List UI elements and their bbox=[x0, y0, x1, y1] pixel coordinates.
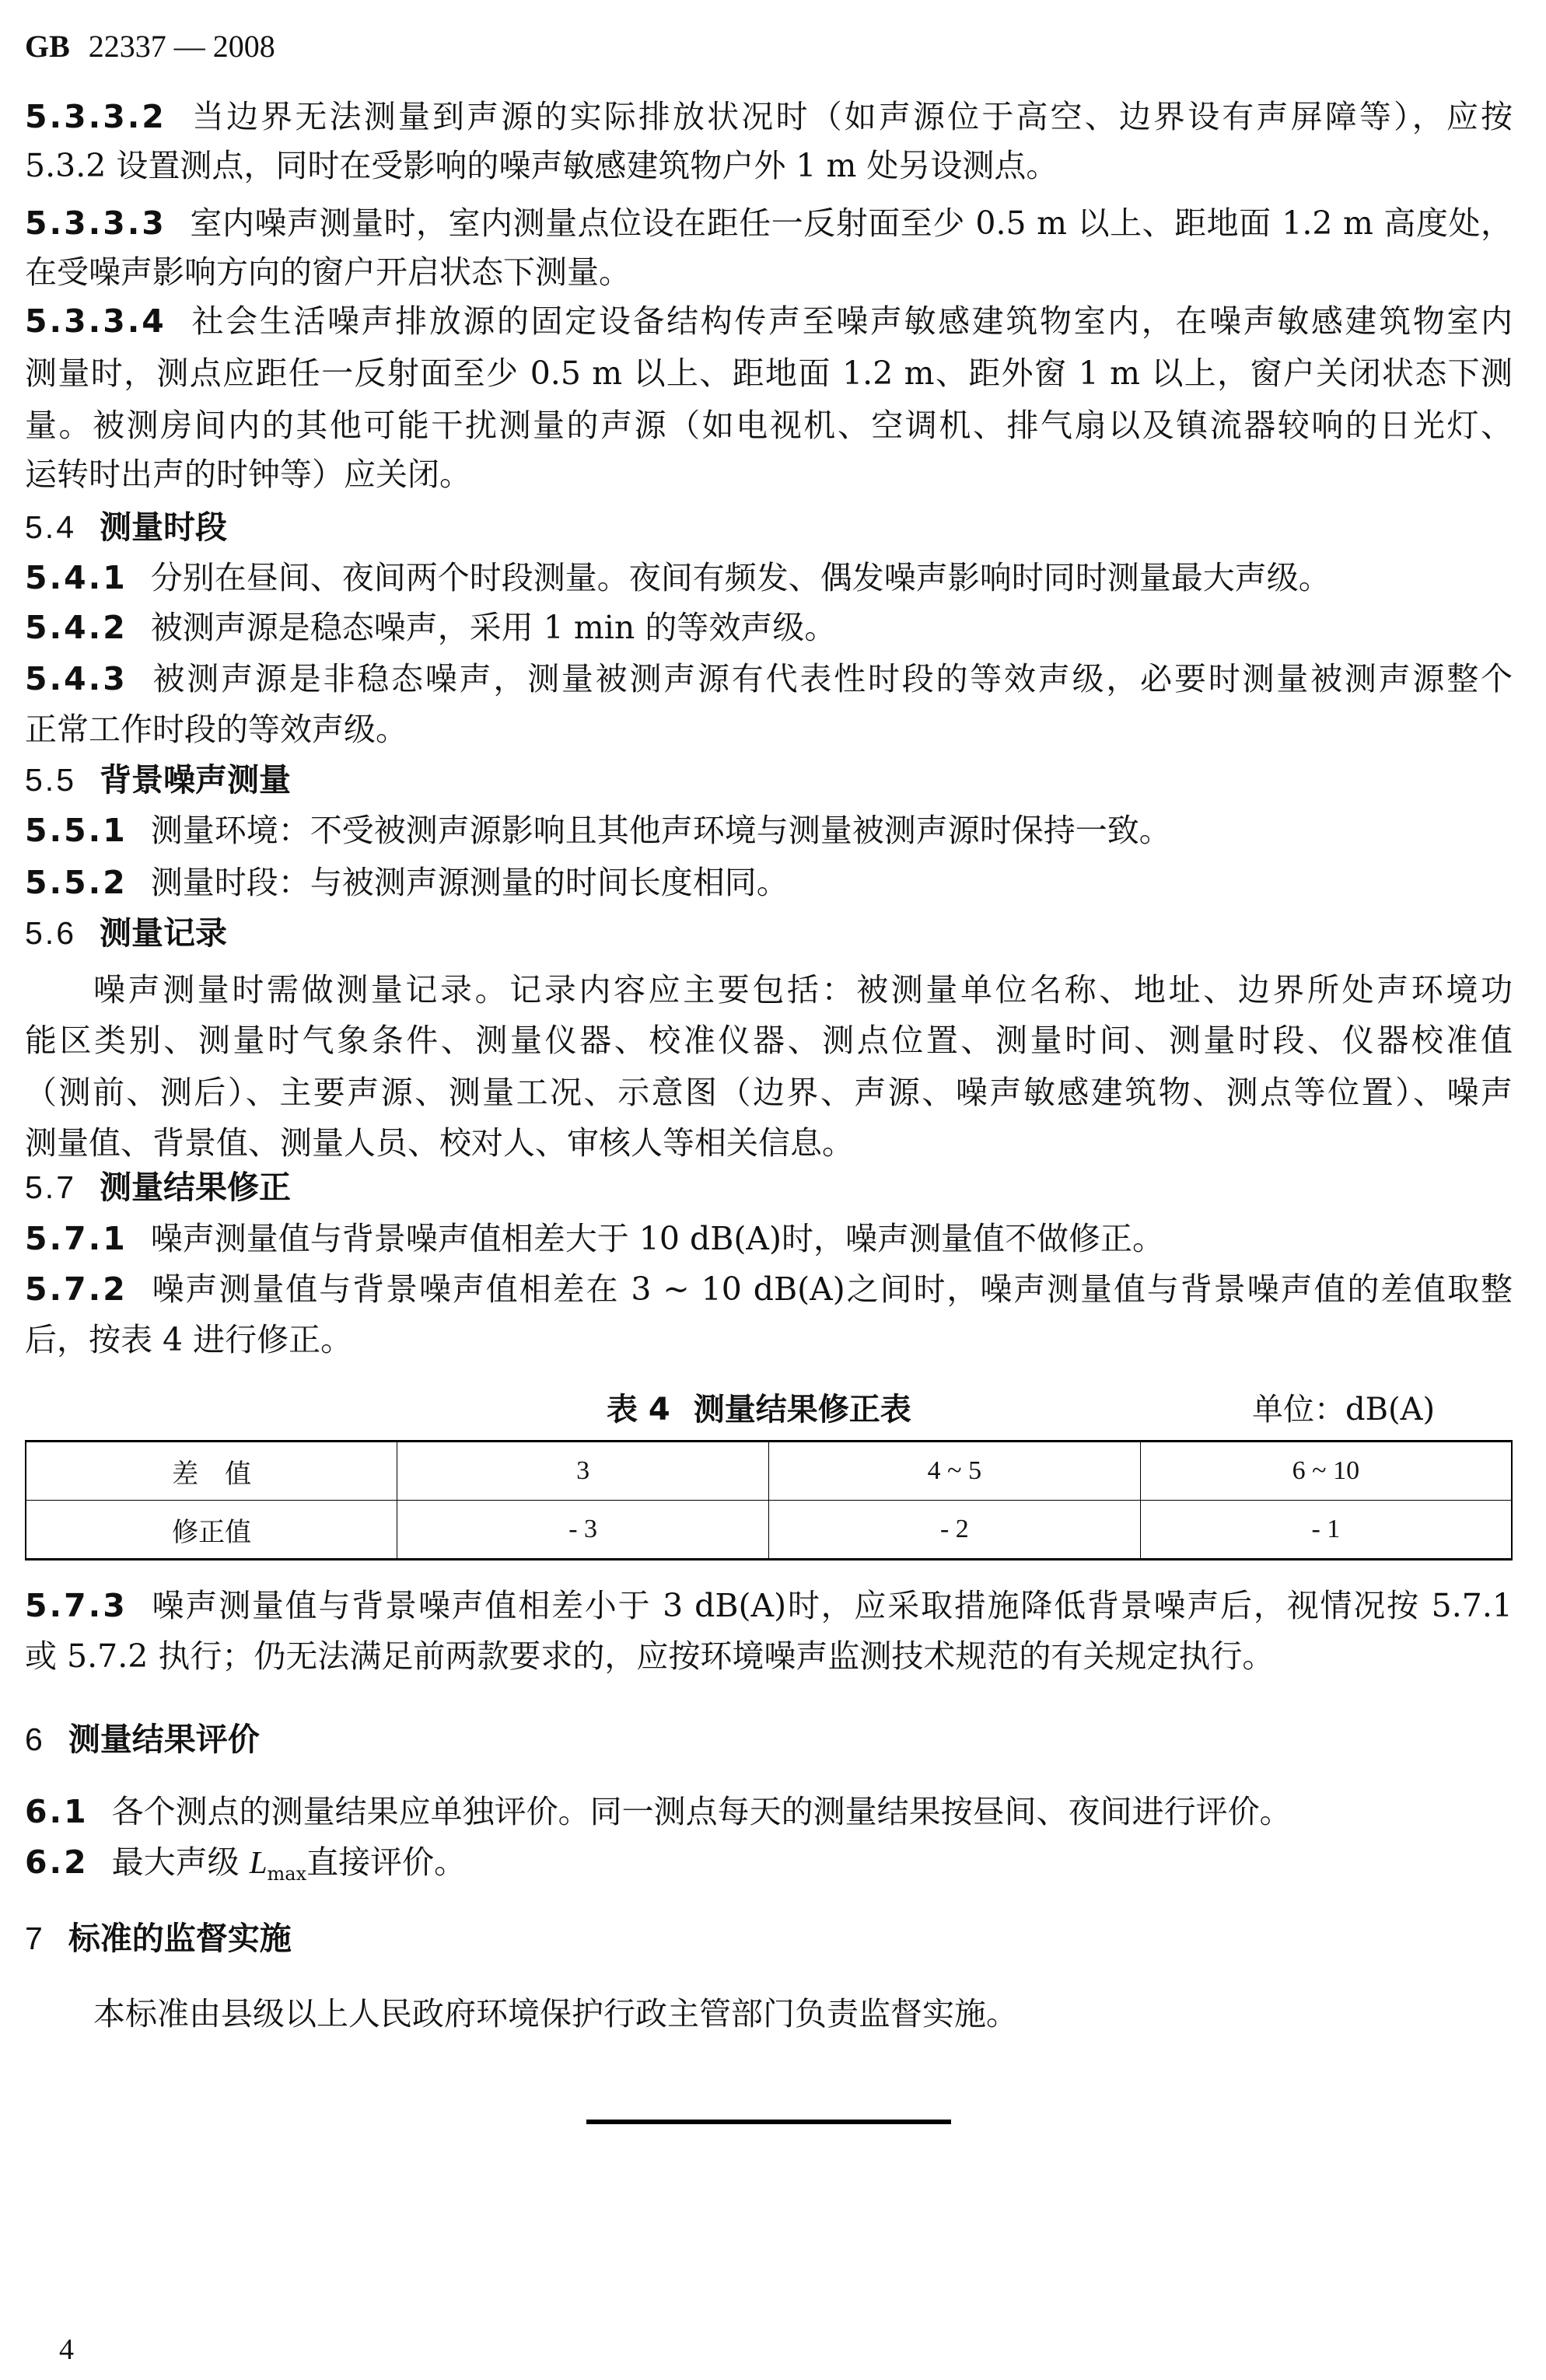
table-row: 修正值 - 3 - 2 - 1 bbox=[26, 1501, 1512, 1560]
clause-text: 室内噪声测量时，室内测量点位设在距任一反射面至少 0.5 m 以上、距地面 1.… bbox=[190, 204, 1513, 242]
paragraph-line: 5.7.3噪声测量值与背景噪声值相差小于 3 dB(A)时，应采取措施降低背景噪… bbox=[25, 1582, 1513, 1629]
clause-number: 5.7.2 bbox=[25, 1270, 128, 1308]
section-heading: 5.7测量结果修正 bbox=[25, 1164, 1513, 1211]
clause-text: 或 5.7.2 执行；仍无法满足前两款要求的，应按环境噪声监测技术规范的有关规定… bbox=[25, 1637, 1274, 1675]
clause-text: 社会生活噪声排放源的固定设备结构传声至噪声敏感建筑物室内，在噪声敏感建筑物室内 bbox=[190, 302, 1513, 340]
section-heading: 5.6测量记录 bbox=[25, 910, 1513, 956]
clause-text: 能区类别、测量时气象条件、测量仪器、校准仪器、测点位置、测量时间、测量时段、仪器… bbox=[25, 1022, 1513, 1059]
paragraph-line: 6.2最大声级 Lmax直接评价。 bbox=[25, 1839, 1513, 1885]
chapter-heading: 6测量结果评价 bbox=[25, 1716, 1513, 1763]
clause-number: 5.7.1 bbox=[25, 1220, 128, 1257]
heading-text: 测量结果修正 bbox=[100, 1169, 291, 1206]
clause-text: 后，按表 4 进行修正。 bbox=[25, 1321, 352, 1358]
clause-text: 量。被测房间内的其他可能干扰测量的声源（如电视机、空调机、排气扇以及镇流器较响的… bbox=[25, 407, 1513, 444]
standard-prefix: GB bbox=[25, 29, 70, 64]
table-cell: 3 bbox=[397, 1442, 769, 1501]
paragraph-line: 噪声测量时需做测量记录。记录内容应主要包括：被测量单位名称、地址、边界所处声环境… bbox=[93, 966, 1513, 1013]
paragraph-line: 5.3.3.2当边界无法测量到声源的实际排放状况时（如声源位于高空、边界设有声屏… bbox=[25, 93, 1513, 140]
end-rule bbox=[586, 2120, 951, 2124]
paragraph-line: 或 5.7.2 执行；仍无法满足前两款要求的，应按环境噪声监测技术规范的有关规定… bbox=[25, 1633, 1513, 1679]
clause-text: 本标准由县级以上人民政府环境保护行政主管部门负责监督实施。 bbox=[93, 1995, 1018, 2032]
heading-text: 测量记录 bbox=[100, 914, 227, 952]
paragraph-line: 5.7.2噪声测量值与背景噪声值相差在 3 ~ 10 dB(A)之间时，噪声测量… bbox=[25, 1266, 1513, 1312]
clause-number: 5.4 bbox=[25, 509, 76, 545]
clause-number: 5.4.3 bbox=[25, 660, 128, 697]
chapter-number: 6 bbox=[25, 1721, 45, 1757]
clause-text: 5.3.2 设置测点，同时在受影响的噪声敏感建筑物户外 1 m 处另设测点。 bbox=[25, 147, 1058, 184]
clause-text: 噪声测量值与背景噪声值相差在 3 ~ 10 dB(A)之间时，噪声测量值与背景噪… bbox=[151, 1270, 1513, 1308]
paragraph-line: 运转时出声的时钟等）应关闭。 bbox=[25, 451, 1513, 498]
paragraph-line: 5.5.1测量环境：不受被测声源影响且其他声环境与测量被测声源时保持一致。 bbox=[25, 807, 1513, 854]
clause-number: 5.7 bbox=[25, 1169, 76, 1205]
chapter-heading: 7标准的监督实施 bbox=[25, 1915, 1513, 1962]
paragraph-line: 测量时，测点应距任一反射面至少 0.5 m 以上、距地面 1.2 m、距外窗 1… bbox=[25, 350, 1513, 397]
clause-number: 5.5.2 bbox=[25, 864, 128, 901]
paragraph-line: 5.7.1噪声测量值与背景噪声值相差大于 10 dB(A)时，噪声测量值不做修正… bbox=[25, 1215, 1513, 1262]
clause-number: 5.3.3.2 bbox=[25, 98, 166, 135]
clause-text: 正常工作时段的等效声级。 bbox=[25, 711, 407, 748]
clause-number: 6.1 bbox=[25, 1793, 89, 1830]
clause-text: 测量值、背景值、测量人员、校对人、审核人等相关信息。 bbox=[25, 1124, 854, 1162]
paragraph-line: 正常工作时段的等效声级。 bbox=[25, 706, 1513, 753]
clause-number: 5.4.1 bbox=[25, 559, 128, 596]
heading-text: 测量时段 bbox=[100, 509, 227, 546]
paragraph-line: 本标准由县级以上人民政府环境保护行政主管部门负责监督实施。 bbox=[93, 1990, 1513, 2037]
clause-text: 各个测点的测量结果应单独评价。同一测点每天的测量结果按昼间、夜间进行评价。 bbox=[112, 1793, 1292, 1830]
page-number: 4 bbox=[59, 2329, 74, 2371]
clause-text: 在受噪声影响方向的窗户开启状态下测量。 bbox=[25, 253, 631, 291]
clause-text: （测前、测后）、主要声源、测量工况、示意图（边界、声源、噪声敏感建筑物、测点等位… bbox=[25, 1074, 1513, 1111]
table-cell: - 1 bbox=[1140, 1501, 1512, 1560]
clause-text: 运转时出声的时钟等）应关闭。 bbox=[25, 456, 471, 493]
paragraph-line: 测量值、背景值、测量人员、校对人、审核人等相关信息。 bbox=[25, 1120, 1513, 1166]
table-row: 差 值 3 4 ~ 5 6 ~ 10 bbox=[26, 1442, 1512, 1501]
paragraph-line: 5.3.2 设置测点，同时在受影响的噪声敏感建筑物户外 1 m 处另设测点。 bbox=[25, 142, 1513, 189]
clause-text: 噪声测量时需做测量记录。记录内容应主要包括：被测量单位名称、地址、边界所处声环境… bbox=[93, 971, 1513, 1008]
clause-text: 分别在昼间、夜间两个时段测量。夜间有频发、偶发噪声影响时同时测量最大声级。 bbox=[151, 559, 1331, 596]
clause-text: 当边界无法测量到声源的实际排放状况时（如声源位于高空、边界设有声屏障等），应按 bbox=[190, 98, 1513, 135]
clause-text: 直接评价。 bbox=[306, 1844, 466, 1881]
paragraph-line: 5.3.3.3室内噪声测量时，室内测量点位设在距任一反射面至少 0.5 m 以上… bbox=[25, 200, 1513, 246]
paragraph-line: 量。被测房间内的其他可能干扰测量的声源（如电视机、空调机、排气扇以及镇流器较响的… bbox=[25, 402, 1513, 449]
paragraph-line: 5.4.3被测声源是非稳态噪声，测量被测声源有代表性时段的等效声级，必要时测量被… bbox=[25, 655, 1513, 702]
clause-text: 噪声测量值与背景噪声值相差小于 3 dB(A)时，应采取措施降低背景噪声后，视情… bbox=[151, 1587, 1513, 1624]
row-header: 差 值 bbox=[26, 1442, 397, 1501]
table-unit: 单位：dB(A) bbox=[1252, 1386, 1435, 1433]
heading-text: 标准的监督实施 bbox=[68, 1920, 292, 1957]
clause-text: 测量时段：与被测声源测量的时间长度相同。 bbox=[151, 864, 789, 901]
chapter-number: 7 bbox=[25, 1920, 45, 1956]
clause-text: 噪声测量值与背景噪声值相差大于 10 dB(A)时，噪声测量值不做修正。 bbox=[151, 1220, 1164, 1257]
clause-number: 5.3.3.3 bbox=[25, 204, 166, 242]
paragraph-line: 5.5.2测量时段：与被测声源测量的时间长度相同。 bbox=[25, 859, 1513, 906]
paragraph-line: 能区类别、测量时气象条件、测量仪器、校准仪器、测点位置、测量时间、测量时段、仪器… bbox=[25, 1017, 1513, 1064]
section-heading: 5.4测量时段 bbox=[25, 504, 1513, 550]
section-heading: 5.5背景噪声测量 bbox=[25, 757, 1513, 803]
clause-text: 被测声源是稳态噪声，采用 1 min 的等效声级。 bbox=[151, 609, 837, 646]
paragraph-line: 5.3.3.4社会生活噪声排放源的固定设备结构传声至噪声敏感建筑物室内，在噪声敏… bbox=[25, 298, 1513, 344]
clause-number: 5.5.1 bbox=[25, 812, 128, 849]
clause-number: 5.5 bbox=[25, 762, 76, 798]
paragraph-line: 5.4.2被测声源是稳态噪声，采用 1 min 的等效声级。 bbox=[25, 604, 1513, 651]
clause-text: 测量环境：不受被测声源影响且其他声环境与测量被测声源时保持一致。 bbox=[151, 812, 1171, 849]
clause-number: 5.7.3 bbox=[25, 1587, 128, 1624]
clause-text: 最大声级 bbox=[112, 1844, 250, 1881]
standard-number: 22337 — 2008 bbox=[89, 29, 275, 64]
paragraph-line: 后，按表 4 进行修正。 bbox=[25, 1316, 1513, 1363]
symbol-L: L bbox=[250, 1844, 268, 1880]
clause-number: 5.3.3.4 bbox=[25, 302, 166, 340]
table-number: 表 4 bbox=[607, 1392, 670, 1428]
symbol-subscript: max bbox=[268, 1863, 307, 1885]
row-header: 修正值 bbox=[26, 1501, 397, 1560]
correction-table: 差 值 3 4 ~ 5 6 ~ 10 修正值 - 3 - 2 - 1 bbox=[25, 1440, 1513, 1560]
table-cell: 4 ~ 5 bbox=[769, 1442, 1141, 1501]
table-caption: 表 4测量结果修正表 bbox=[607, 1386, 911, 1433]
clause-text: 被测声源是非稳态噪声，测量被测声源有代表性时段的等效声级，必要时测量被测声源整个 bbox=[151, 660, 1513, 697]
clause-number: 5.6 bbox=[25, 915, 76, 951]
table-cell: - 3 bbox=[397, 1501, 769, 1560]
clause-number: 6.2 bbox=[25, 1844, 89, 1881]
paragraph-line: 6.1各个测点的测量结果应单独评价。同一测点每天的测量结果按昼间、夜间进行评价。 bbox=[25, 1788, 1513, 1835]
table-cell: - 2 bbox=[769, 1501, 1141, 1560]
heading-text: 背景噪声测量 bbox=[100, 761, 291, 799]
paragraph-line: 在受噪声影响方向的窗户开启状态下测量。 bbox=[25, 249, 1513, 295]
heading-text: 测量结果评价 bbox=[68, 1721, 260, 1758]
document-header: GB22337 — 2008 bbox=[25, 23, 275, 70]
clause-number: 5.4.2 bbox=[25, 609, 128, 646]
paragraph-line: 5.4.1分别在昼间、夜间两个时段测量。夜间有频发、偶发噪声影响时同时测量最大声… bbox=[25, 554, 1513, 601]
paragraph-line: （测前、测后）、主要声源、测量工况、示意图（边界、声源、噪声敏感建筑物、测点等位… bbox=[25, 1069, 1513, 1116]
table-cell: 6 ~ 10 bbox=[1140, 1442, 1512, 1501]
clause-text: 测量时，测点应距任一反射面至少 0.5 m 以上、距地面 1.2 m、距外窗 1… bbox=[25, 355, 1513, 392]
table-title: 测量结果修正表 bbox=[694, 1392, 911, 1428]
